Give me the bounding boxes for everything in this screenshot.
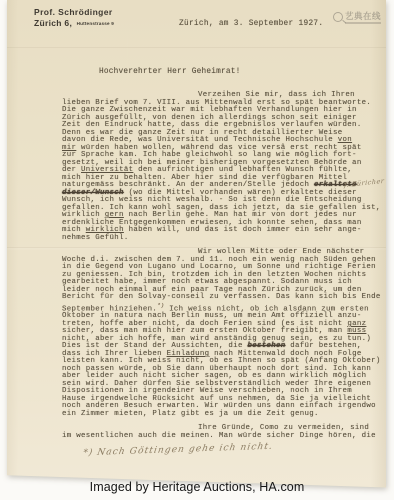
salutation: Hochverehrter Herr Geheimrat! <box>99 68 241 76</box>
dateline: Zürich, am 3. September 1927. <box>179 20 323 28</box>
letterhead-street: Huttenstrasse 9 <box>77 21 114 26</box>
paper-fold-line <box>7 47 386 48</box>
letterhead: Prof. Schrödinger Zürich 6, Huttenstrass… <box>34 7 114 29</box>
letterhead-address: Zürich 6, Huttenstrasse 9 <box>34 17 114 29</box>
watermark-text: 艺典在线 <box>345 10 381 24</box>
letter-line: ein Zimmer mieten, Platz gibt es ja um d… <box>62 411 384 419</box>
letter-line: im wesentlichen auch die meinen. Man wür… <box>62 433 384 441</box>
paragraph: Verzeihen Sie mir, dass ich Ihrenlieben … <box>62 92 384 242</box>
letter-body: Verzeihen Sie mir, dass ich Ihrenlieben … <box>62 92 384 447</box>
paragraph: Ihre Gründe, Como zu vermeiden, sindim w… <box>62 425 384 440</box>
paragraph: Wir wollen Mitte oder Ende nächsterWoche… <box>62 249 384 418</box>
letterhead-city: Zürich 6, <box>34 18 72 28</box>
letter-line: Bericht für den Solvay-conseil zu verfas… <box>62 294 384 302</box>
auction-watermark: 艺典在线 <box>333 10 381 24</box>
magnifier-icon <box>333 12 343 22</box>
letter-paper-wrapper: Prof. Schrödinger Zürich 6, Huttenstrass… <box>7 0 386 489</box>
page-background: { "page": { "caption": "Imaged by Herita… <box>0 0 394 500</box>
auction-caption: Imaged by Heritage Auctions, HA.com <box>0 480 394 494</box>
letter-line: nehmes Gefühl. <box>62 235 384 243</box>
letter-paper: Prof. Schrödinger Zürich 6, Huttenstrass… <box>7 0 386 489</box>
